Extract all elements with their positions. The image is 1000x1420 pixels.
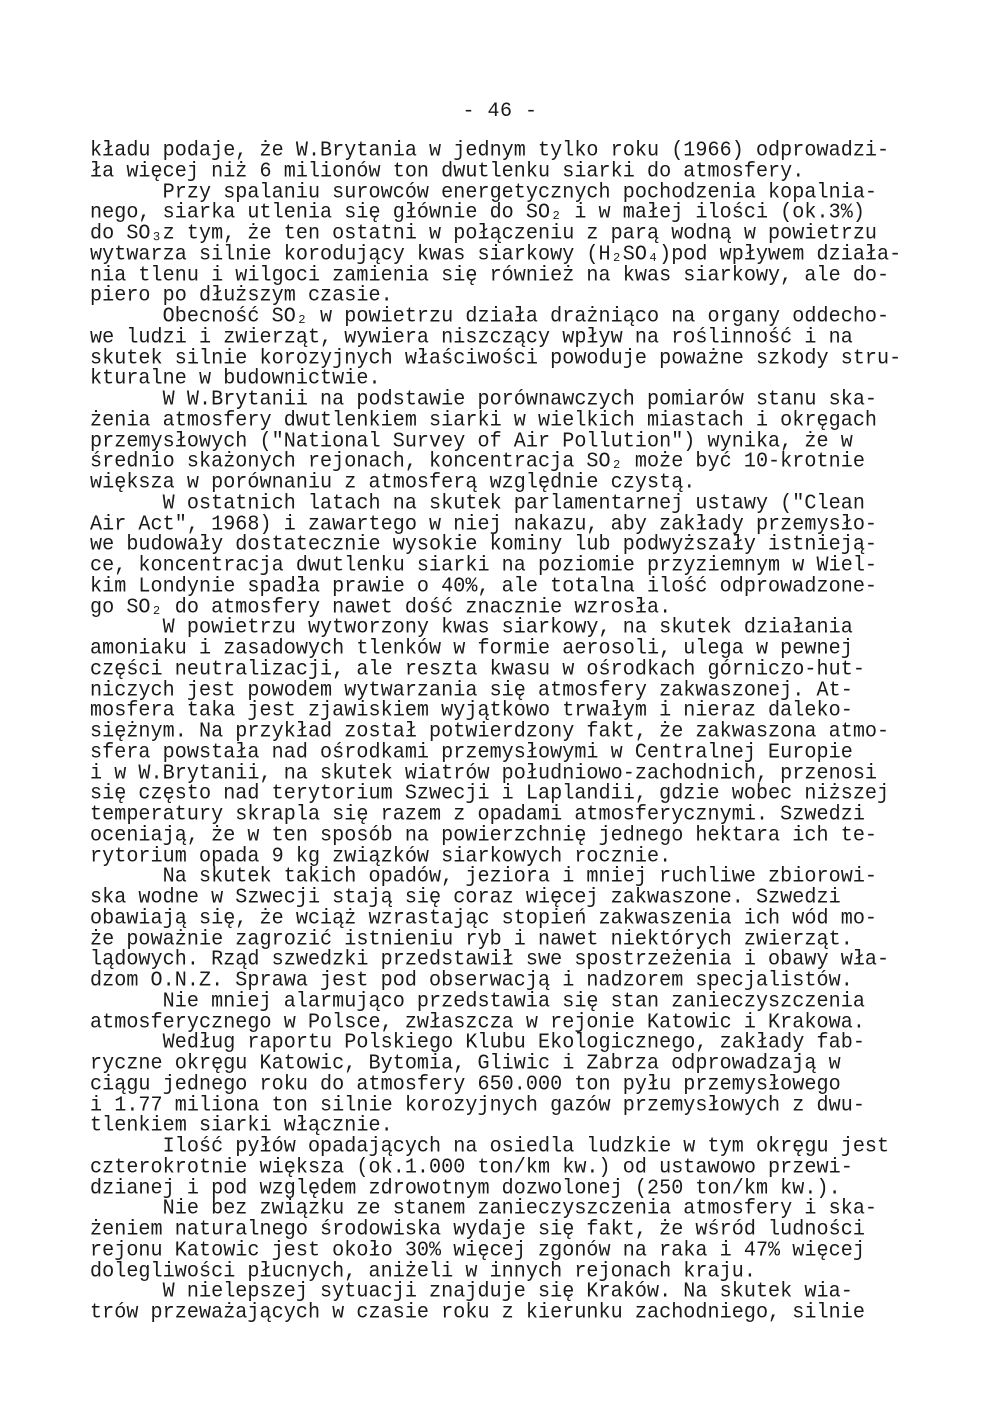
page-number: - 46 - bbox=[0, 100, 1000, 123]
document-body: kładu podaje, że W.Brytania w jednym tyl… bbox=[90, 141, 970, 1324]
text-line: trów przeważających w czasie roku z kier… bbox=[90, 1303, 970, 1325]
